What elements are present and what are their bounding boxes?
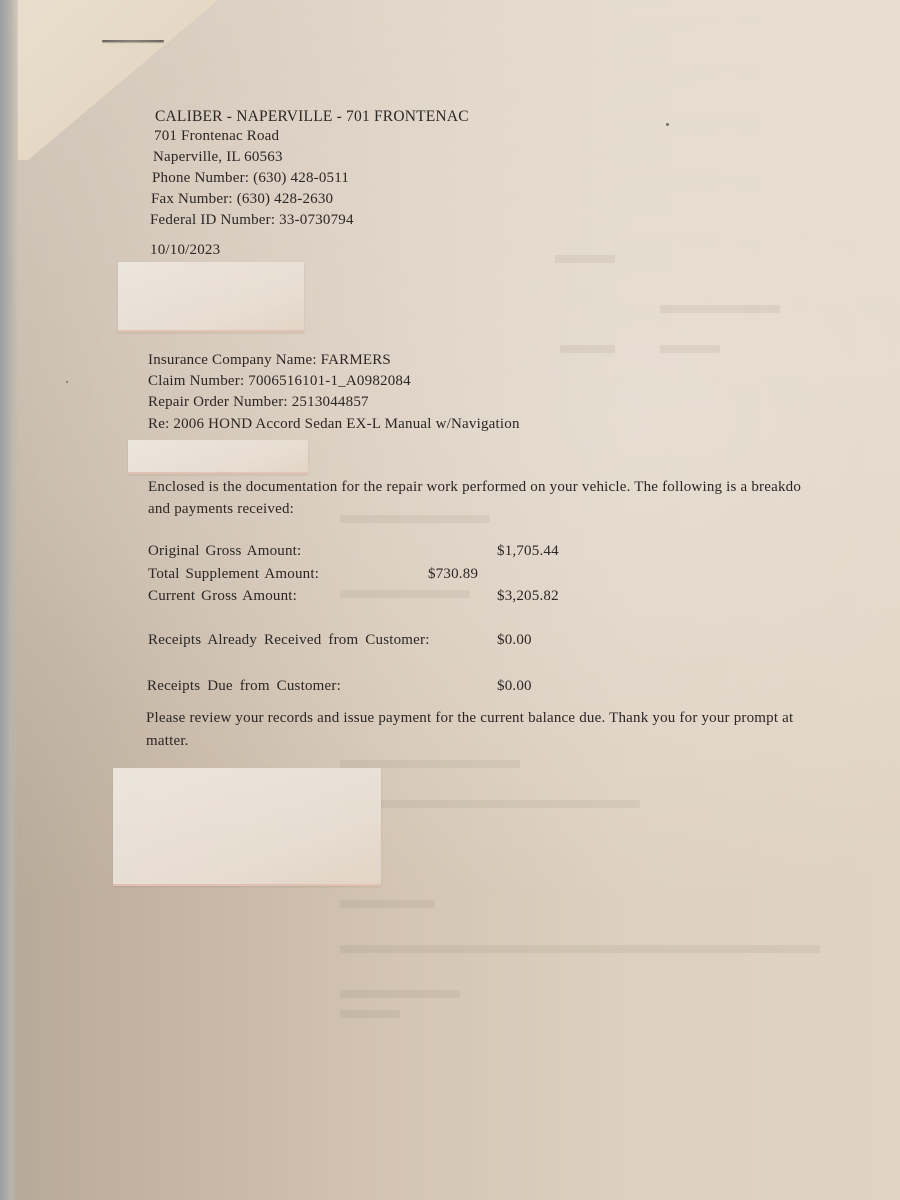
amount-label: Receipts Already Received from Customer: bbox=[148, 630, 430, 650]
closing-line-1: Please review your records and issue pay… bbox=[146, 708, 793, 728]
redacted-recipient-block bbox=[118, 262, 304, 332]
amount-label: Receipts Due from Customer: bbox=[147, 676, 341, 696]
intro-line-1: Enclosed is the documentation for the re… bbox=[148, 477, 801, 497]
amount-value: $3,205.82 bbox=[497, 586, 559, 606]
closing-line-2: matter. bbox=[146, 731, 189, 751]
redacted-signature-block bbox=[113, 768, 381, 886]
amount-value: $730.89 bbox=[428, 564, 478, 584]
amount-value: $0.00 bbox=[497, 676, 532, 696]
letter-date: 10/10/2023 bbox=[150, 240, 220, 260]
shop-federal-id: Federal ID Number: 33-0730794 bbox=[150, 210, 354, 230]
shop-name: CALIBER - NAPERVILLE - 701 FRONTENAC bbox=[155, 107, 469, 127]
amount-value: $1,705.44 bbox=[497, 541, 559, 561]
claim-number: Claim Number: 7006516101-1_A0982084 bbox=[148, 371, 411, 391]
intro-line-2: and payments received: bbox=[148, 499, 294, 519]
redacted-recipient-name bbox=[128, 440, 308, 474]
amount-label: Original Gross Amount: bbox=[148, 541, 301, 561]
shop-fax: Fax Number: (630) 428-2630 bbox=[151, 189, 333, 209]
repair-order-number: Repair Order Number: 2513044857 bbox=[148, 392, 369, 412]
vehicle-description: Re: 2006 HOND Accord Sedan EX-L Manual w… bbox=[148, 414, 520, 434]
shop-address-line2: Naperville, IL 60563 bbox=[153, 147, 283, 167]
amount-label: Total Supplement Amount: bbox=[148, 564, 319, 584]
amount-label: Current Gross Amount: bbox=[148, 586, 297, 606]
amount-value: $0.00 bbox=[497, 630, 532, 650]
shop-address-line1: 701 Frontenac Road bbox=[154, 126, 279, 146]
shop-phone: Phone Number: (630) 428-0511 bbox=[152, 168, 349, 188]
insurance-company: Insurance Company Name: FARMERS bbox=[148, 350, 391, 370]
letter: CALIBER - NAPERVILLE - 701 FRONTENAC 701… bbox=[0, 0, 900, 1200]
